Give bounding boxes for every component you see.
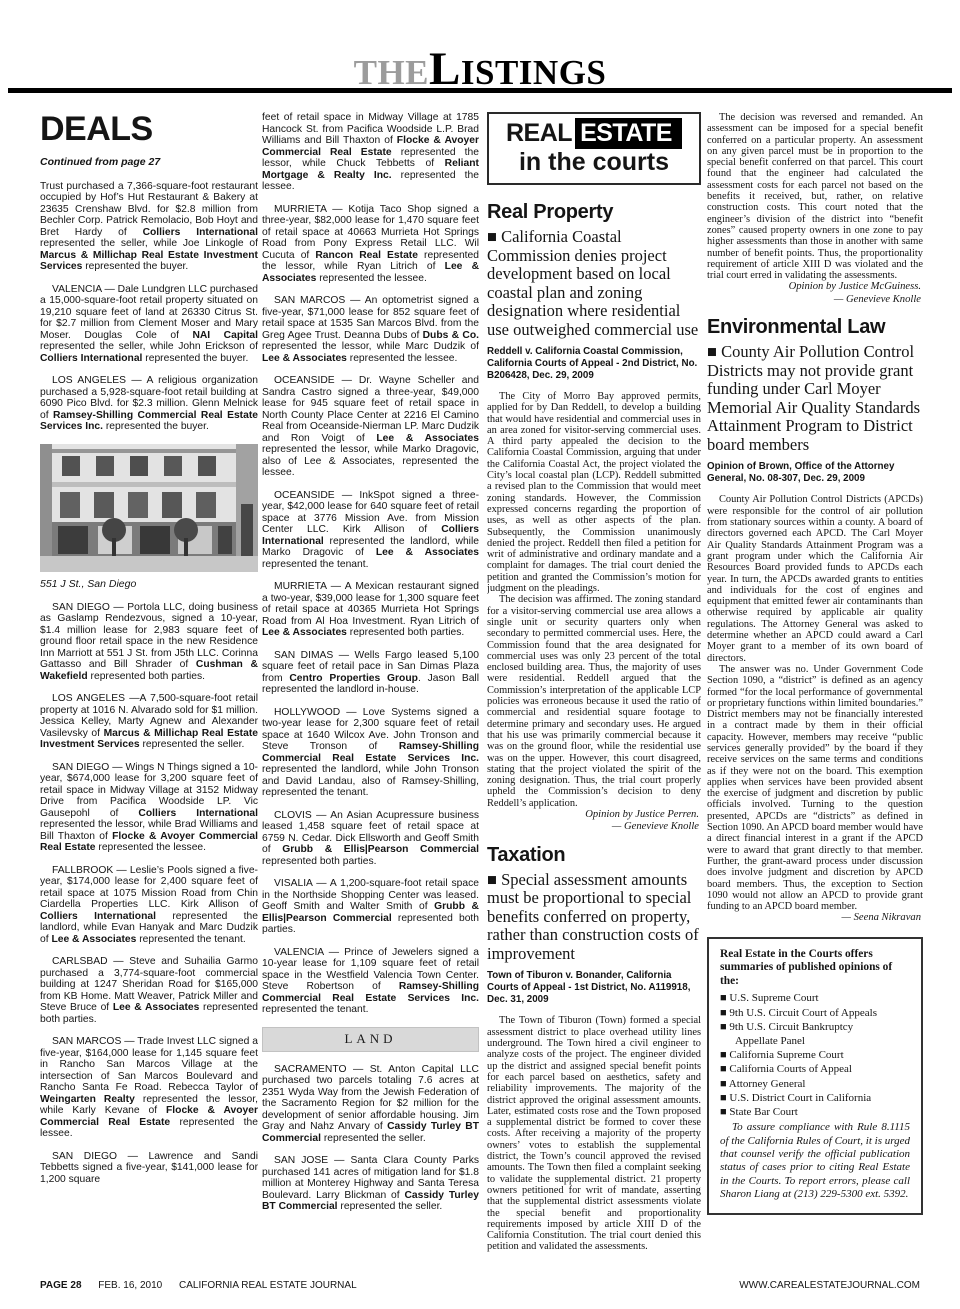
- footer-date: FEB. 16, 2010: [98, 1280, 162, 1291]
- case-paragraph: The decision was affirmed. The zoning st…: [487, 594, 701, 809]
- attribution: — Genevieve Knolle: [707, 294, 923, 307]
- deals-column-2: feet of retail space in Midway Village a…: [262, 112, 479, 1272]
- section-heading: Real Property: [487, 201, 701, 224]
- deal-paragraph: OCEANSIDE — Dr. Wayne Scheller and Sandr…: [262, 375, 479, 479]
- deal-paragraph: Trust purchased a 7,366-square-foot rest…: [40, 181, 258, 273]
- deal-paragraph: LOS ANGELES —A 7,500-square-foot retail …: [40, 693, 258, 751]
- newspaper-page: THELISTINGS DEALS Continued from page 27…: [0, 0, 960, 1309]
- courts-column-1-list: Real Property■ California Coastal Commis…: [487, 201, 701, 1253]
- court-list-item-continuation: Appellate Panel: [720, 1034, 910, 1048]
- deal-paragraph: SAN MARCOS — An optometrist signed a fiv…: [262, 295, 479, 364]
- masthead-rule: [8, 88, 952, 93]
- deals-column-1: DEALS Continued from page 27 Trust purch…: [40, 112, 258, 1272]
- court-list-item: ■ 9th U.S. Circuit Court of Appeals: [720, 1006, 910, 1020]
- case-citation: Opinion of Brown, Office of the Attorney…: [707, 461, 923, 485]
- deal-paragraph: OCEANSIDE — InkSpot signed a three-year,…: [262, 490, 479, 571]
- logo-line-1: REALESTATE: [493, 121, 695, 146]
- courts-info-box: Real Estate in the Courts offers summari…: [707, 937, 923, 1215]
- case-citation: Reddell v. California Coastal Commission…: [487, 346, 701, 382]
- masthead-the: THE: [354, 53, 429, 92]
- deal-paragraph: CLOVIS — An Asian Acupressure business l…: [262, 810, 479, 868]
- deals-column-1-top: Trust purchased a 7,366-square-foot rest…: [40, 181, 258, 433]
- attribution: — Genevieve Knolle: [487, 821, 701, 834]
- footer-page-number: PAGE 28: [40, 1280, 82, 1291]
- case-paragraph: The answer was no. Under Government Code…: [707, 664, 923, 913]
- deal-paragraph: HOLLYWOOD — Love Systems signed a two-ye…: [262, 707, 479, 799]
- courts-column-2-list: The decision was reversed and remanded. …: [707, 112, 923, 925]
- court-list-item: ■ State Bar Court: [720, 1105, 910, 1119]
- attribution: — Seena Nikravan: [707, 912, 923, 925]
- court-list-item: ■ Attorney General: [720, 1077, 910, 1091]
- section-heading: Taxation: [487, 844, 701, 867]
- courts-column-1: REALESTATE in the courts Real Property■ …: [487, 112, 701, 1294]
- deal-paragraph: MURRIETA — A Mexican restaurant signed a…: [262, 581, 479, 639]
- case-headline: ■ Special assessment amounts must be pro…: [487, 871, 701, 964]
- logo-tagline: in the courts: [493, 150, 695, 175]
- land-section-header: LAND: [262, 1027, 479, 1052]
- case-headline: ■ California Coastal Commission denies p…: [487, 228, 701, 339]
- photo-caption: 551 J St., San Diego: [40, 578, 258, 590]
- box-note: To assure compliance with Rule 8.1115 of…: [720, 1121, 910, 1201]
- footer-publication: CALIFORNIA REAL ESTATE JOURNAL: [179, 1280, 357, 1291]
- deal-paragraph: SAN DIEGO — Lawrence and Sandi Tebbetts …: [40, 1151, 258, 1186]
- footer-left: PAGE 28 FEB. 16, 2010 CALIFORNIA REAL ES…: [40, 1280, 371, 1291]
- deal-paragraph: SACRAMENTO — St. Anton Capital LLC purch…: [262, 1064, 479, 1145]
- attribution: Opinion by Justice Perren.: [487, 809, 701, 822]
- building-photo: [40, 444, 258, 572]
- case-citation: Town of Tiburon v. Bonander, California …: [487, 970, 701, 1006]
- page-footer: PAGE 28 FEB. 16, 2010 CALIFORNIA REAL ES…: [40, 1280, 920, 1291]
- deal-paragraph: VALENCIA — Prince of Jewelers signed a 1…: [262, 947, 479, 1016]
- deal-paragraph: FALLBROOK — Leslie’s Pools signed a five…: [40, 865, 258, 946]
- deal-paragraph: SAN DIMAS — Wells Fargo leased 5,100 squ…: [262, 650, 479, 696]
- masthead-listings-rest: ISTINGS: [461, 53, 607, 92]
- deal-paragraph: SAN MARCOS — Trade Invest LLC signed a f…: [40, 1036, 258, 1140]
- case-paragraph: County Air Pollution Control Districts (…: [707, 494, 923, 663]
- deals-title: DEALS: [40, 112, 258, 147]
- deal-paragraph: VALENCIA — Dale Lundgren LLC purchased a…: [40, 284, 258, 365]
- case-paragraph: The decision was reversed and remanded. …: [707, 112, 923, 281]
- deal-paragraph: VISALIA — A 1,200-square-foot retail spa…: [262, 878, 479, 936]
- court-list-item: ■ California Supreme Court: [720, 1048, 910, 1062]
- box-items-list: ■ U.S. Supreme Court■ 9th U.S. Circuit C…: [720, 991, 910, 1119]
- deal-paragraph: CARLSBAD — Steve and Suhailia Garmo purc…: [40, 956, 258, 1025]
- case-paragraph: The Town of Tiburon (Town) formed a spec…: [487, 1015, 701, 1252]
- real-estate-in-the-courts-logo: REALESTATE in the courts: [487, 112, 701, 185]
- logo-real: REAL: [506, 119, 572, 147]
- court-list-item: ■ California Courts of Appeal: [720, 1062, 910, 1076]
- deal-paragraph: SAN JOSE — Santa Clara County Parks purc…: [262, 1155, 479, 1213]
- deals-column-2-list: feet of retail space in Midway Village a…: [262, 112, 479, 1213]
- continued-note: Continued from page 27: [40, 156, 258, 168]
- box-intro: Real Estate in the Courts offers summari…: [720, 948, 910, 989]
- building-photo-illustration: [40, 444, 258, 572]
- deal-paragraph: SAN DIEGO — Portola LLC, doing business …: [40, 602, 258, 683]
- courts-column-2: The decision was reversed and remanded. …: [707, 112, 923, 1280]
- footer-website: WWW.CAREALESTATEJOURNAL.COM: [739, 1280, 920, 1291]
- deal-paragraph: SAN DIEGO — Wings N Things signed a 10-y…: [40, 762, 258, 854]
- court-list-item: ■ U.S. District Court in California: [720, 1091, 910, 1105]
- deal-paragraph: LOS ANGELES — A religious organization p…: [40, 375, 258, 433]
- logo-estate: ESTATE: [575, 118, 682, 149]
- case-paragraph: The City of Morro Bay approved permits, …: [487, 391, 701, 594]
- court-list-item: ■ 9th U.S. Circuit Bankruptcy: [720, 1020, 910, 1034]
- attribution: Opinion by Justice McGuiness.: [707, 281, 923, 294]
- case-headline: ■ County Air Pollution Control Districts…: [707, 343, 923, 454]
- section-heading: Environmental Law: [707, 316, 923, 339]
- deal-paragraph: MURRIETA — Kotija Taco Shop signed a thr…: [262, 204, 479, 285]
- deals-column-1-bottom: SAN DIEGO — Portola LLC, doing business …: [40, 602, 258, 1186]
- court-list-item: ■ U.S. Supreme Court: [720, 991, 910, 1005]
- deal-paragraph: feet of retail space in Midway Village a…: [262, 112, 479, 193]
